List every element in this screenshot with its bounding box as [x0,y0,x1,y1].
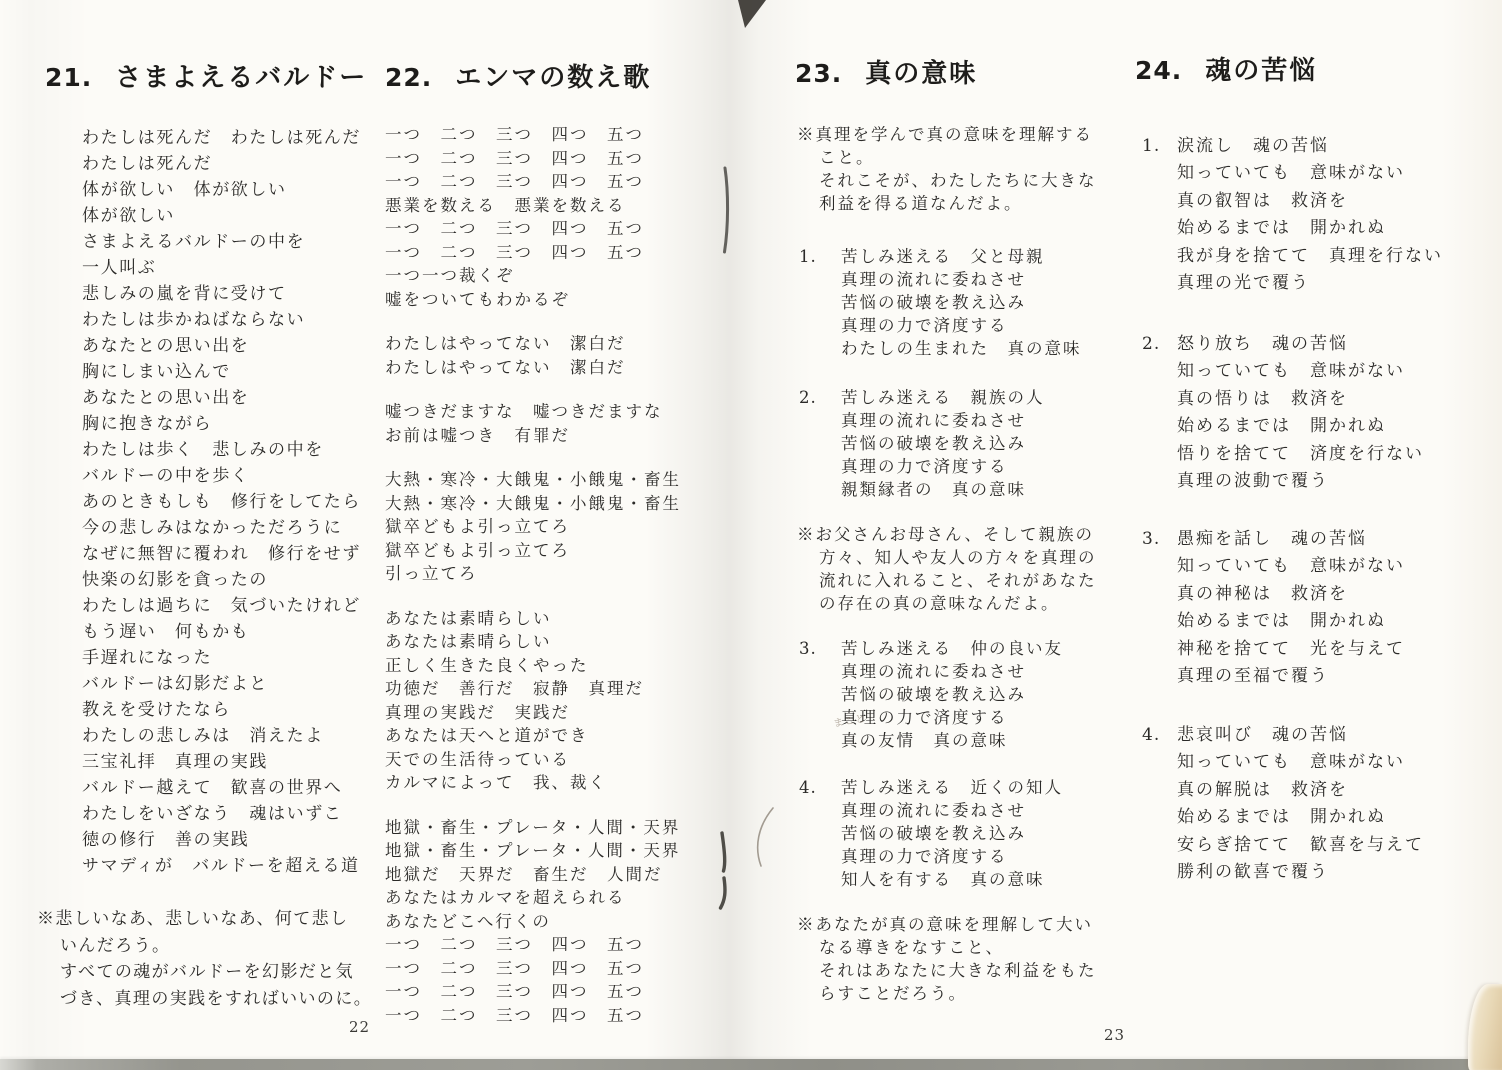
scanned-booklet-spread: 21.さまよえるバルドー わたしは死んだ わたしは死んだわたしは死んだ体が欲しい… [0,0,1502,1070]
verse-lines: 苦しみ迷える 親族の人真理の流れに委ねさせ苦悩の破壊を教え込み真理の力で済度する… [841,386,1135,501]
text-line: 怒り放ち 魂の苦悩 [1177,331,1485,359]
text-line: 一つ 二つ 三つ 四つ 五つ [385,241,715,265]
text-line: 大熱・寒冷・大餓鬼・小餓鬼・畜生 [385,492,715,516]
verse-lines: 悲哀叫び 魂の苦悩知っていても 意味がない真の解脱は 救済を始めるまでは 開かれ… [1177,722,1485,887]
text-line: 知っていても 意味がない [1177,160,1485,188]
text-line: 胸にしまい込んで [82,359,390,385]
text-line: 方々、知人や友人の方々を真理の [797,546,1135,569]
text-line: 真理の流れに委ねさせ [841,409,1135,432]
song-23-name: 真の意味 [865,59,977,89]
text-line: それはあなたに大きな利益をもた [797,959,1135,982]
text-line: 胸に抱きながら [82,411,390,437]
text-line: わたしは死んだ [82,151,390,177]
staple-bottom-lower [721,878,725,908]
verse-number: 1. [1142,133,1160,161]
text-line: 手遅れになった [82,645,390,671]
text-line: 大熱・寒冷・大餓鬼・小餓鬼・畜生 [385,468,715,492]
verse-number: 3. [799,637,817,660]
song-23-number: 23. [795,59,842,88]
text-line: 始めるまでは 開かれぬ [1177,804,1485,832]
scanner-edge-strip [0,1059,1502,1070]
text-line: わたしはやってない 潔白だ [385,356,715,380]
verse-number: 4. [1142,722,1160,750]
song-23-title: 23.真の意味 [795,62,1135,86]
text-line: 真の悟りは 救済を [1177,386,1485,414]
text-line: 利益を得る道なんだよ。 [797,192,1135,215]
text-line: 三宝礼拝 真理の実践 [82,749,390,775]
song-24-name: 魂の苦悩 [1205,56,1317,86]
text-line: 快楽の幻影を貪ったの [82,567,390,593]
song-22-number: 22. [385,63,432,92]
text-line: 真理の力で済度する [841,706,1135,729]
text-line: 真の叡智は 救済を [1177,188,1485,216]
text-line: あなたは天へと道ができ [385,724,715,748]
song-23-section: 23.真の意味 ※真理を学んで真の意味を理解すること。それこそが、わたしたちに大… [795,62,1135,1005]
text-line: 一つ 二つ 三つ 四つ 五つ [385,1004,715,1028]
text-line: わたしの生まれた 真の意味 [841,337,1135,360]
verse-number: 2. [1142,331,1160,359]
text-line: 天での生活待っている [385,748,715,772]
text-line: 一つ 二つ 三つ 四つ 五つ [385,217,715,241]
text-line: 悟りを捨てて 済度を行ない [1177,441,1485,469]
text-line: 真理の実践だ 実践だ [385,701,715,725]
song-22-stanza-3: 嘘つきだますな 嘘つきだますなお前は嘘つき 有罪だ [385,400,715,447]
song-23-verse-2: 2. 苦しみ迷える 親族の人真理の流れに委ねさせ苦悩の破壊を教え込み真理の力で済… [795,386,1135,501]
text-line: バルドーの中を歩く [82,463,390,489]
text-line: 真の友情 真の意味 [841,729,1135,752]
text-line: 功徳だ 善行だ 寂静 真理だ [385,677,715,701]
text-line: 真理の流れに委ねさせ [841,268,1135,291]
text-line: 悲しみの嵐を背に受けて [82,281,390,307]
text-line: 苦しみ迷える 近くの知人 [841,776,1135,799]
text-line: 体が欲しい [82,203,390,229]
text-line: あなたどこへ行くの [385,910,715,934]
song-24-verse-1: 1. 涙流し 魂の苦悩知っていても 意味がない真の叡智は 救済を始めるまでは 開… [1135,133,1485,298]
verse-lines: 苦しみ迷える 仲の良い友真理の流れに委ねさせ苦悩の破壊を教え込み真理の力で済度す… [841,637,1135,752]
song-23-verse-3: 3. 苦しみ迷える 仲の良い友真理の流れに委ねさせ苦悩の破壊を教え込み真理の力で… [795,637,1135,752]
text-line: の存在の真の意味なんだよ。 [797,592,1135,615]
verse-number: 2. [799,386,817,409]
text-line: 引っ立てろ [385,562,715,586]
text-line: 愚痴を話し 魂の苦悩 [1177,526,1485,554]
song-24-section: 24.魂の苦悩 1. 涙流し 魂の苦悩知っていても 意味がない真の叡智は 救済を… [1135,57,1485,887]
song-22-stanza-5: あなたは素晴らしいあなたは素晴らしい正しく生きた良くやった功徳だ 善行だ 寂静 … [385,607,715,795]
text-line: 悲哀叫び 魂の苦悩 [1177,722,1485,750]
text-line: 徳の修行 善の実践 [82,827,390,853]
text-line: 知っていても 意味がない [1177,553,1485,581]
text-line: わたしは歩く 悲しみの中を [82,437,390,463]
text-line: ※悲しいなあ、悲しいなあ、何て悲し [37,906,390,933]
text-line: あのときもしも 修行をしてたら [82,489,390,515]
top-notch-mark [738,0,766,28]
text-line: 始めるまでは 開かれぬ [1177,608,1485,636]
text-line: わたしは過ちに 気づいたけれど [82,593,390,619]
text-line: 苦悩の破壊を教え込み [841,432,1135,455]
text-line: なぜに無智に覆われ 修行をせず [82,541,390,567]
text-line: お前は嘘つき 有罪だ [385,424,715,448]
verse-lines: 苦しみ迷える 父と母親真理の流れに委ねさせ苦悩の破壊を教え込み真理の力で済度する… [841,245,1135,360]
text-line: 獄卒どもよ引っ立てろ [385,539,715,563]
verse-lines: 苦しみ迷える 近くの知人真理の流れに委ねさせ苦悩の破壊を教え込み真理の力で済度す… [841,776,1135,891]
song-22-stanza-2: わたしはやってない 潔白だわたしはやってない 潔白だ [385,332,715,379]
text-line: 正しく生きた良くやった [385,654,715,678]
song-21-lyrics: わたしは死んだ わたしは死んだわたしは死んだ体が欲しい 体が欲しい体が欲しいさま… [82,125,390,879]
text-line: 安らぎ捨てて 歓喜を与えて [1177,832,1485,860]
text-line: づき、真理の実践をすればいいのに。 [37,986,390,1013]
text-line: サマディが バルドーを超える道 [82,853,390,879]
song-21-section: 21.さまよえるバルドー わたしは死んだ わたしは死んだわたしは死んだ体が欲しい… [45,57,390,1012]
text-line: 親類縁者の 真の意味 [841,478,1135,501]
text-line: 真理の流れに委ねさせ [841,660,1135,683]
text-line: 始めるまでは 開かれぬ [1177,413,1485,441]
text-line: いんだろう。 [37,933,390,960]
text-line: さまよえるバルドーの中を [82,229,390,255]
text-line: 知っていても 意味がない [1177,749,1485,777]
text-line: 苦悩の破壊を教え込み [841,683,1135,706]
song-22-stanza-4: 大熱・寒冷・大餓鬼・小餓鬼・畜生大熱・寒冷・大餓鬼・小餓鬼・畜生獄卒どもよ引っ立… [385,468,715,586]
text-line: 真理の力で済度する [841,455,1135,478]
text-line: 苦しみ迷える 父と母親 [841,245,1135,268]
text-line: 一つ 二つ 三つ 四つ 五つ [385,933,715,957]
text-line: すべての魂がバルドーを幻影だと気 [37,959,390,986]
text-line: 教えを受けたなら [82,697,390,723]
text-line: わたしは死んだ わたしは死んだ [82,125,390,151]
text-line: 嘘をついてもわかるぞ [385,288,715,312]
song-21-name: さまよえるバルドー [115,63,367,93]
song-21-number: 21. [45,63,92,92]
text-line: 真理の流れに委ねさせ [841,799,1135,822]
text-line: あなたはカルマを超えられる [385,886,715,910]
verse-number: 1. [799,245,817,268]
text-line: 真理の力で済度する [841,845,1135,868]
pen-mark [758,808,773,866]
verse-number: 3. [1142,526,1160,554]
verse-lines: 怒り放ち 魂の苦悩知っていても 意味がない真の悟りは 救済を始めるまでは 開かれ… [1177,331,1485,496]
text-line: ※真理を学んで真の意味を理解する [797,123,1135,146]
text-line: 苦しみ迷える 親族の人 [841,386,1135,409]
text-line: バルドー越えて 歓喜の世界へ [82,775,390,801]
song-24-verse-4: 4. 悲哀叫び 魂の苦悩知っていても 意味がない真の解脱は 救済を始めるまでは … [1135,722,1485,887]
text-line: あなたは素晴らしい [385,607,715,631]
song-23-verse-4: 4. 苦しみ迷える 近くの知人真理の流れに委ねさせ苦悩の破壊を教え込み真理の力で… [795,776,1135,891]
song-24-verse-2: 2. 怒り放ち 魂の苦悩知っていても 意味がない真の悟りは 救済を始めるまでは … [1135,331,1485,496]
text-line: 一つ 二つ 三つ 四つ 五つ [385,980,715,1004]
text-line: 勝利の歓喜で覆う [1177,859,1485,887]
text-line: ※あなたが真の意味を理解して大い [797,913,1135,936]
song-24-number: 24. [1135,56,1182,85]
left-page-number: 22 [349,1018,370,1036]
text-line: ※お父さんお母さん、そして親族の [797,523,1135,546]
song-21-footnote: ※悲しいなあ、悲しいなあ、何て悲しいんだろう。すべての魂がバルドーを幻影だと気づ… [37,906,390,1012]
song-22-stanza-6: 地獄・畜生・プレータ・人間・天界地獄・畜生・プレータ・人間・天界地獄だ 天界だ … [385,816,715,1028]
text-line: わたしの悲しみは 消えたよ [82,723,390,749]
text-line: 地獄・畜生・プレータ・人間・天界 [385,839,715,863]
song-21-title: 21.さまよえるバルドー [45,57,390,94]
text-line: なる導きをなすこと、 [797,936,1135,959]
text-line: わたしはやってない 潔白だ [385,332,715,356]
song-22-lyrics: 一つ 二つ 三つ 四つ 五つ一つ 二つ 三つ 四つ 五つ一つ 二つ 三つ 四つ … [385,123,715,1027]
text-line: あなたとの思い出を [82,385,390,411]
text-line: 今の悲しみはなかっただろうに [82,515,390,541]
page-curl-edge [1468,984,1502,1070]
song-24-verse-3: 3. 愚痴を話し 魂の苦悩知っていても 意味がない真の神秘は 救済を始めるまでは… [1135,526,1485,691]
text-line: 一人叫ぶ [82,255,390,281]
verse-number: 4. [799,776,817,799]
text-line: 知人を有する 真の意味 [841,868,1135,891]
text-line: 真の神秘は 救済を [1177,581,1485,609]
text-line: 苦しみ迷える 仲の良い友 [841,637,1135,660]
text-line: 獄卒どもよ引っ立てろ [385,515,715,539]
text-line: あなたは素晴らしい [385,630,715,654]
text-line: らすことだろう。 [797,982,1135,1005]
text-line: 涙流し 魂の苦悩 [1177,133,1485,161]
song-22-name: エンマの数え歌 [455,63,651,93]
text-line: 苦悩の破壊を教え込み [841,822,1135,845]
song-23-outro-note: ※あなたが真の意味を理解して大いなる導きをなすこと、それはあなたに大きな利益をも… [797,913,1135,1005]
song-23-verse-1: 1. 苦しみ迷える 父と母親真理の流れに委ねさせ苦悩の破壊を教え込み真理の力で済… [795,245,1135,360]
text-line: わたしは歩かねばならない [82,307,390,333]
text-line: 我が身を捨てて 真理を行ない [1177,243,1485,271]
text-line: 知っていても 意味がない [1177,358,1485,386]
text-line: 体が欲しい 体が欲しい [82,177,390,203]
text-line: 一つ 二つ 三つ 四つ 五つ [385,957,715,981]
text-line: バルドーは幻影だよと [82,671,390,697]
text-line: 始めるまでは 開かれぬ [1177,215,1485,243]
text-line: カルマによって 我、裁く [385,771,715,795]
staple-bottom-upper [722,833,725,871]
text-line: 一つ 二つ 三つ 四つ 五つ [385,147,715,171]
verse-lines: 涙流し 魂の苦悩知っていても 意味がない真の叡智は 救済を始めるまでは 開かれぬ… [1177,133,1485,298]
song-23-middle-note: ※お父さんお母さん、そして親族の方々、知人や友人の方々を真理の流れに入れること、… [797,523,1135,615]
text-line: 真理の波動で覆う [1177,468,1485,496]
text-line: 地獄・畜生・プレータ・人間・天界 [385,816,715,840]
text-line: 嘘つきだますな 嘘つきだますな [385,400,715,424]
text-line: 真理の至福で覆う [1177,663,1485,691]
text-line: あなたとの思い出を [82,333,390,359]
staple-top [725,168,728,252]
song-22-stanza-1: 一つ 二つ 三つ 四つ 五つ一つ 二つ 三つ 四つ 五つ一つ 二つ 三つ 四つ … [385,123,715,311]
text-line: 一つ一つ裁くぞ [385,264,715,288]
text-line: もう遅い 何もかも [82,619,390,645]
song-24-title: 24.魂の苦悩 [1135,57,1485,86]
song-22-title: 22.エンマの数え歌 [385,57,715,94]
text-line: 一つ 二つ 三つ 四つ 五つ [385,170,715,194]
text-line: 一つ 二つ 三つ 四つ 五つ [385,123,715,147]
text-line: 神秘を捨てて 光を与えて [1177,636,1485,664]
song-22-section: 22.エンマの数え歌 一つ 二つ 三つ 四つ 五つ一つ 二つ 三つ 四つ 五つ一… [385,57,715,1048]
text-line: 真理の力で済度する [841,314,1135,337]
song-23-intro-note: ※真理を学んで真の意味を理解すること。それこそが、わたしたちに大きな利益を得る道… [797,123,1135,215]
right-page-number: 23 [1104,1026,1125,1044]
text-line: 苦悩の破壊を教え込み [841,291,1135,314]
text-line: それこそが、わたしたちに大きな [797,169,1135,192]
text-line: 地獄だ 天界だ 畜生だ 人間だ [385,863,715,887]
text-line: 悪業を数える 悪業を数える [385,194,715,218]
text-line: 真の解脱は 救済を [1177,777,1485,805]
text-line: こと。 [797,146,1135,169]
verse-lines: 愚痴を話し 魂の苦悩知っていても 意味がない真の神秘は 救済を始めるまでは 開か… [1177,526,1485,691]
text-line: 流れに入れること、それがあなた [797,569,1135,592]
text-line: 真理の光で覆う [1177,270,1485,298]
text-line: わたしをいざなう 魂はいずこ [82,801,390,827]
